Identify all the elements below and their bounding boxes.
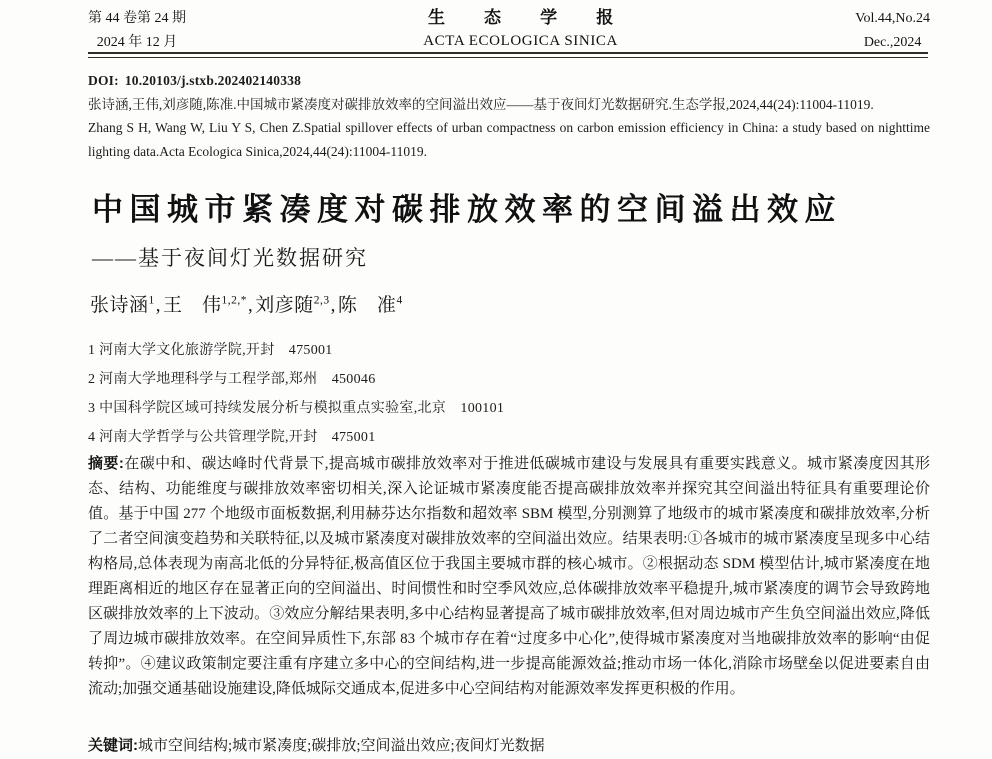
- author: 刘彦随2,3,: [255, 295, 338, 316]
- author: 陈 准4: [338, 295, 406, 316]
- affiliation-item: 4 河南大学哲学与公共管理学院,开封 475001: [88, 423, 930, 452]
- author-name: 刘彦随: [255, 295, 314, 316]
- header-volume-info: Vol.44,No.24 Dec.,2024: [855, 7, 930, 55]
- paper-first-page: 第 44 卷第 24 期 2024 年 12 月 生态学报 ACTA ECOLO…: [0, 0, 992, 759]
- article-title: 中国城市紧凑度对碳排放效率的空间溢出效应: [92, 184, 942, 229]
- affiliation-item: 3 中国科学院区域可持续发展分析与模拟重点实验室,北京 100101: [88, 394, 930, 423]
- author: 张诗涵1,: [90, 295, 163, 316]
- citation-english: Zhang S H, Wang W, Liu Y S, Chen Z.Spati…: [88, 116, 930, 163]
- author-line: 张诗涵1,王 伟1,2,*,刘彦随2,3,陈 准4: [90, 290, 406, 317]
- title-block: 中国城市紧凑度对碳排放效率的空间溢出效应 ——基于夜间灯光数据研究: [92, 184, 942, 272]
- affiliation-item: 1 河南大学文化旅游学院,开封 475001: [88, 336, 930, 365]
- author-separator: [403, 295, 406, 316]
- author-name: 张诗涵: [90, 295, 149, 316]
- keywords-line: 关键词:城市空间结构;城市紧凑度;碳排放;空间溢出效应;夜间灯光数据: [88, 733, 930, 759]
- header-issue-info: 第 44 卷第 24 期 2024 年 12 月: [88, 7, 186, 55]
- affiliation-item: 2 河南大学地理科学与工程学部,郑州 450046: [88, 365, 930, 394]
- affiliation-list: 1 河南大学文化旅游学院,开封 475001 2 河南大学地理科学与工程学部,郑…: [88, 336, 930, 452]
- volume-number-en: Vol.44,No.24: [855, 7, 930, 31]
- journal-title-cn: 生态学报: [423, 8, 657, 28]
- author-superscript: 1: [149, 295, 155, 307]
- abstract-text: 在碳中和、碳达峰时代背景下,提高城市碳排放效率对于推进低碳城市建设与发展具有重要…: [88, 456, 930, 697]
- article-meta: DOI:10.20103/j.stxb.202402140338 张诗涵,王伟,…: [88, 69, 930, 163]
- author: 王 伟1,2,*,: [163, 295, 255, 316]
- author-superscript: 1,2,*: [222, 295, 248, 307]
- abstract-paragraph: 摘要:在碳中和、碳达峰时代背景下,提高城市碳排放效率对于推进低碳城市建设与发展具…: [88, 451, 930, 702]
- author-separator: ,: [155, 295, 163, 316]
- doi-line: DOI:10.20103/j.stxb.202402140338: [88, 69, 930, 93]
- author-name: 陈 准: [338, 295, 397, 316]
- header-double-rule: [88, 52, 928, 58]
- header-journal-name: 生态学报 ACTA ECOLOGICA SINICA: [423, 7, 618, 50]
- doi-label: DOI:: [88, 73, 119, 88]
- issue-number-cn: 第 44 卷第 24 期: [88, 7, 186, 31]
- citation-chinese: 张诗涵,王伟,刘彦随,陈准.中国城市紧凑度对碳排放效率的空间溢出效应——基于夜间…: [88, 93, 930, 117]
- keywords-label: 关键词:: [88, 737, 138, 754]
- journal-title-en: ACTA ECOLOGICA SINICA: [423, 33, 618, 50]
- journal-header: 第 44 卷第 24 期 2024 年 12 月 生态学报 ACTA ECOLO…: [88, 7, 930, 55]
- author-name: 王 伟: [163, 295, 222, 316]
- article-subtitle: ——基于夜间灯光数据研究: [92, 242, 942, 272]
- abstract-label: 摘要:: [88, 455, 124, 472]
- keywords-text: 城市空间结构;城市紧凑度;碳排放;空间溢出效应;夜间灯光数据: [138, 738, 545, 754]
- author-superscript: 4: [396, 295, 402, 307]
- author-superscript: 2,3: [314, 295, 330, 307]
- doi-value: 10.20103/j.stxb.202402140338: [119, 73, 301, 88]
- author-separator: ,: [330, 295, 338, 316]
